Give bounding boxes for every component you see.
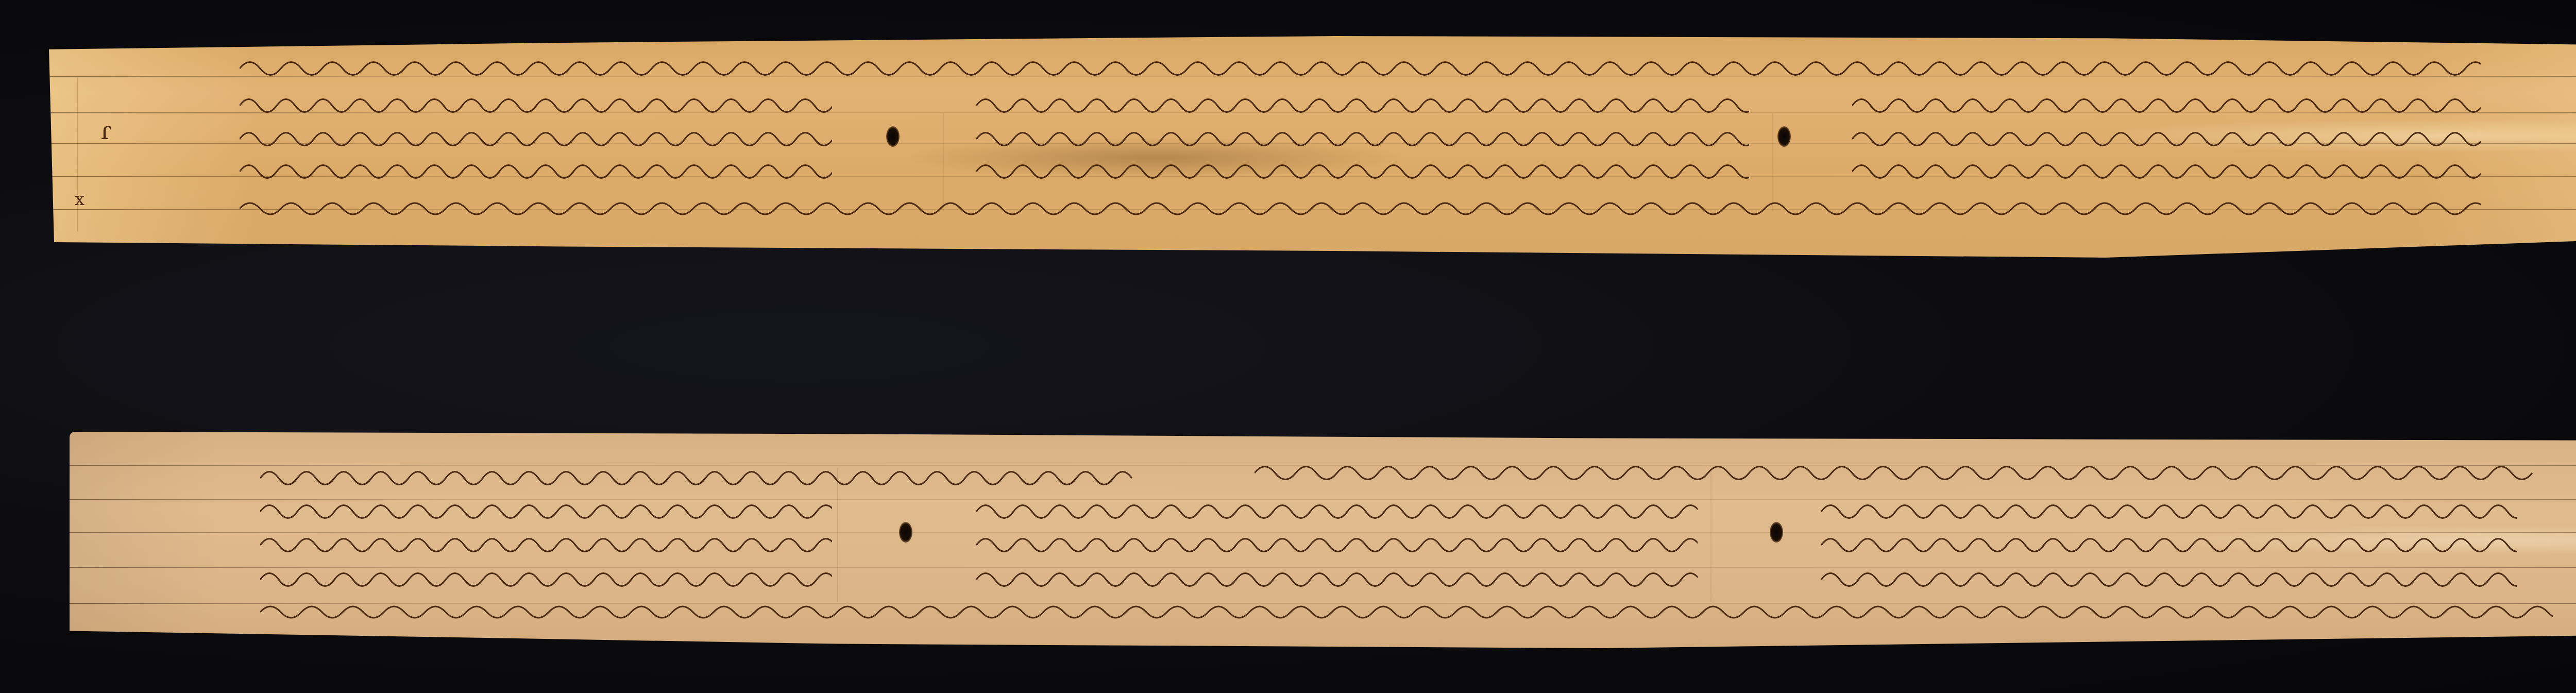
script-text-line — [240, 50, 2481, 81]
binding-hole-right — [1770, 522, 1783, 543]
script-text-line — [1821, 494, 2517, 525]
script-text-line — [976, 494, 1698, 525]
script-text-line — [240, 154, 832, 184]
binding-hole-right — [1777, 126, 1791, 147]
script-text-line — [260, 527, 832, 558]
binding-hole-left — [899, 522, 912, 543]
script-text-line — [260, 597, 2553, 628]
script-text-line — [1852, 88, 2481, 119]
script-text-line — [1852, 121, 2481, 152]
script-text-line — [976, 121, 1749, 152]
binding-hole-left — [886, 126, 900, 147]
script-text-line — [260, 494, 832, 525]
script-text-line — [260, 562, 832, 593]
margin-mark-numeral: ɾ — [100, 119, 112, 143]
script-text-line — [1255, 455, 2543, 486]
script-text-line — [240, 193, 2481, 224]
script-text-line — [976, 88, 1749, 119]
script-text-line — [1821, 562, 2517, 593]
column-divider — [1710, 468, 1711, 602]
script-text-line — [976, 154, 1749, 184]
script-text-line — [240, 88, 832, 119]
script-text-line — [976, 562, 1698, 593]
script-text-line — [1821, 527, 2517, 558]
palm-leaf-manuscript-bottom — [70, 432, 2576, 648]
script-text-line — [260, 460, 1136, 491]
script-text-line — [1852, 154, 2481, 184]
script-text-line — [976, 527, 1698, 558]
palm-leaf-manuscript-top: ɾ x — [49, 36, 2576, 258]
margin-mark-cross: x — [75, 191, 84, 208]
script-text-line — [240, 121, 832, 152]
